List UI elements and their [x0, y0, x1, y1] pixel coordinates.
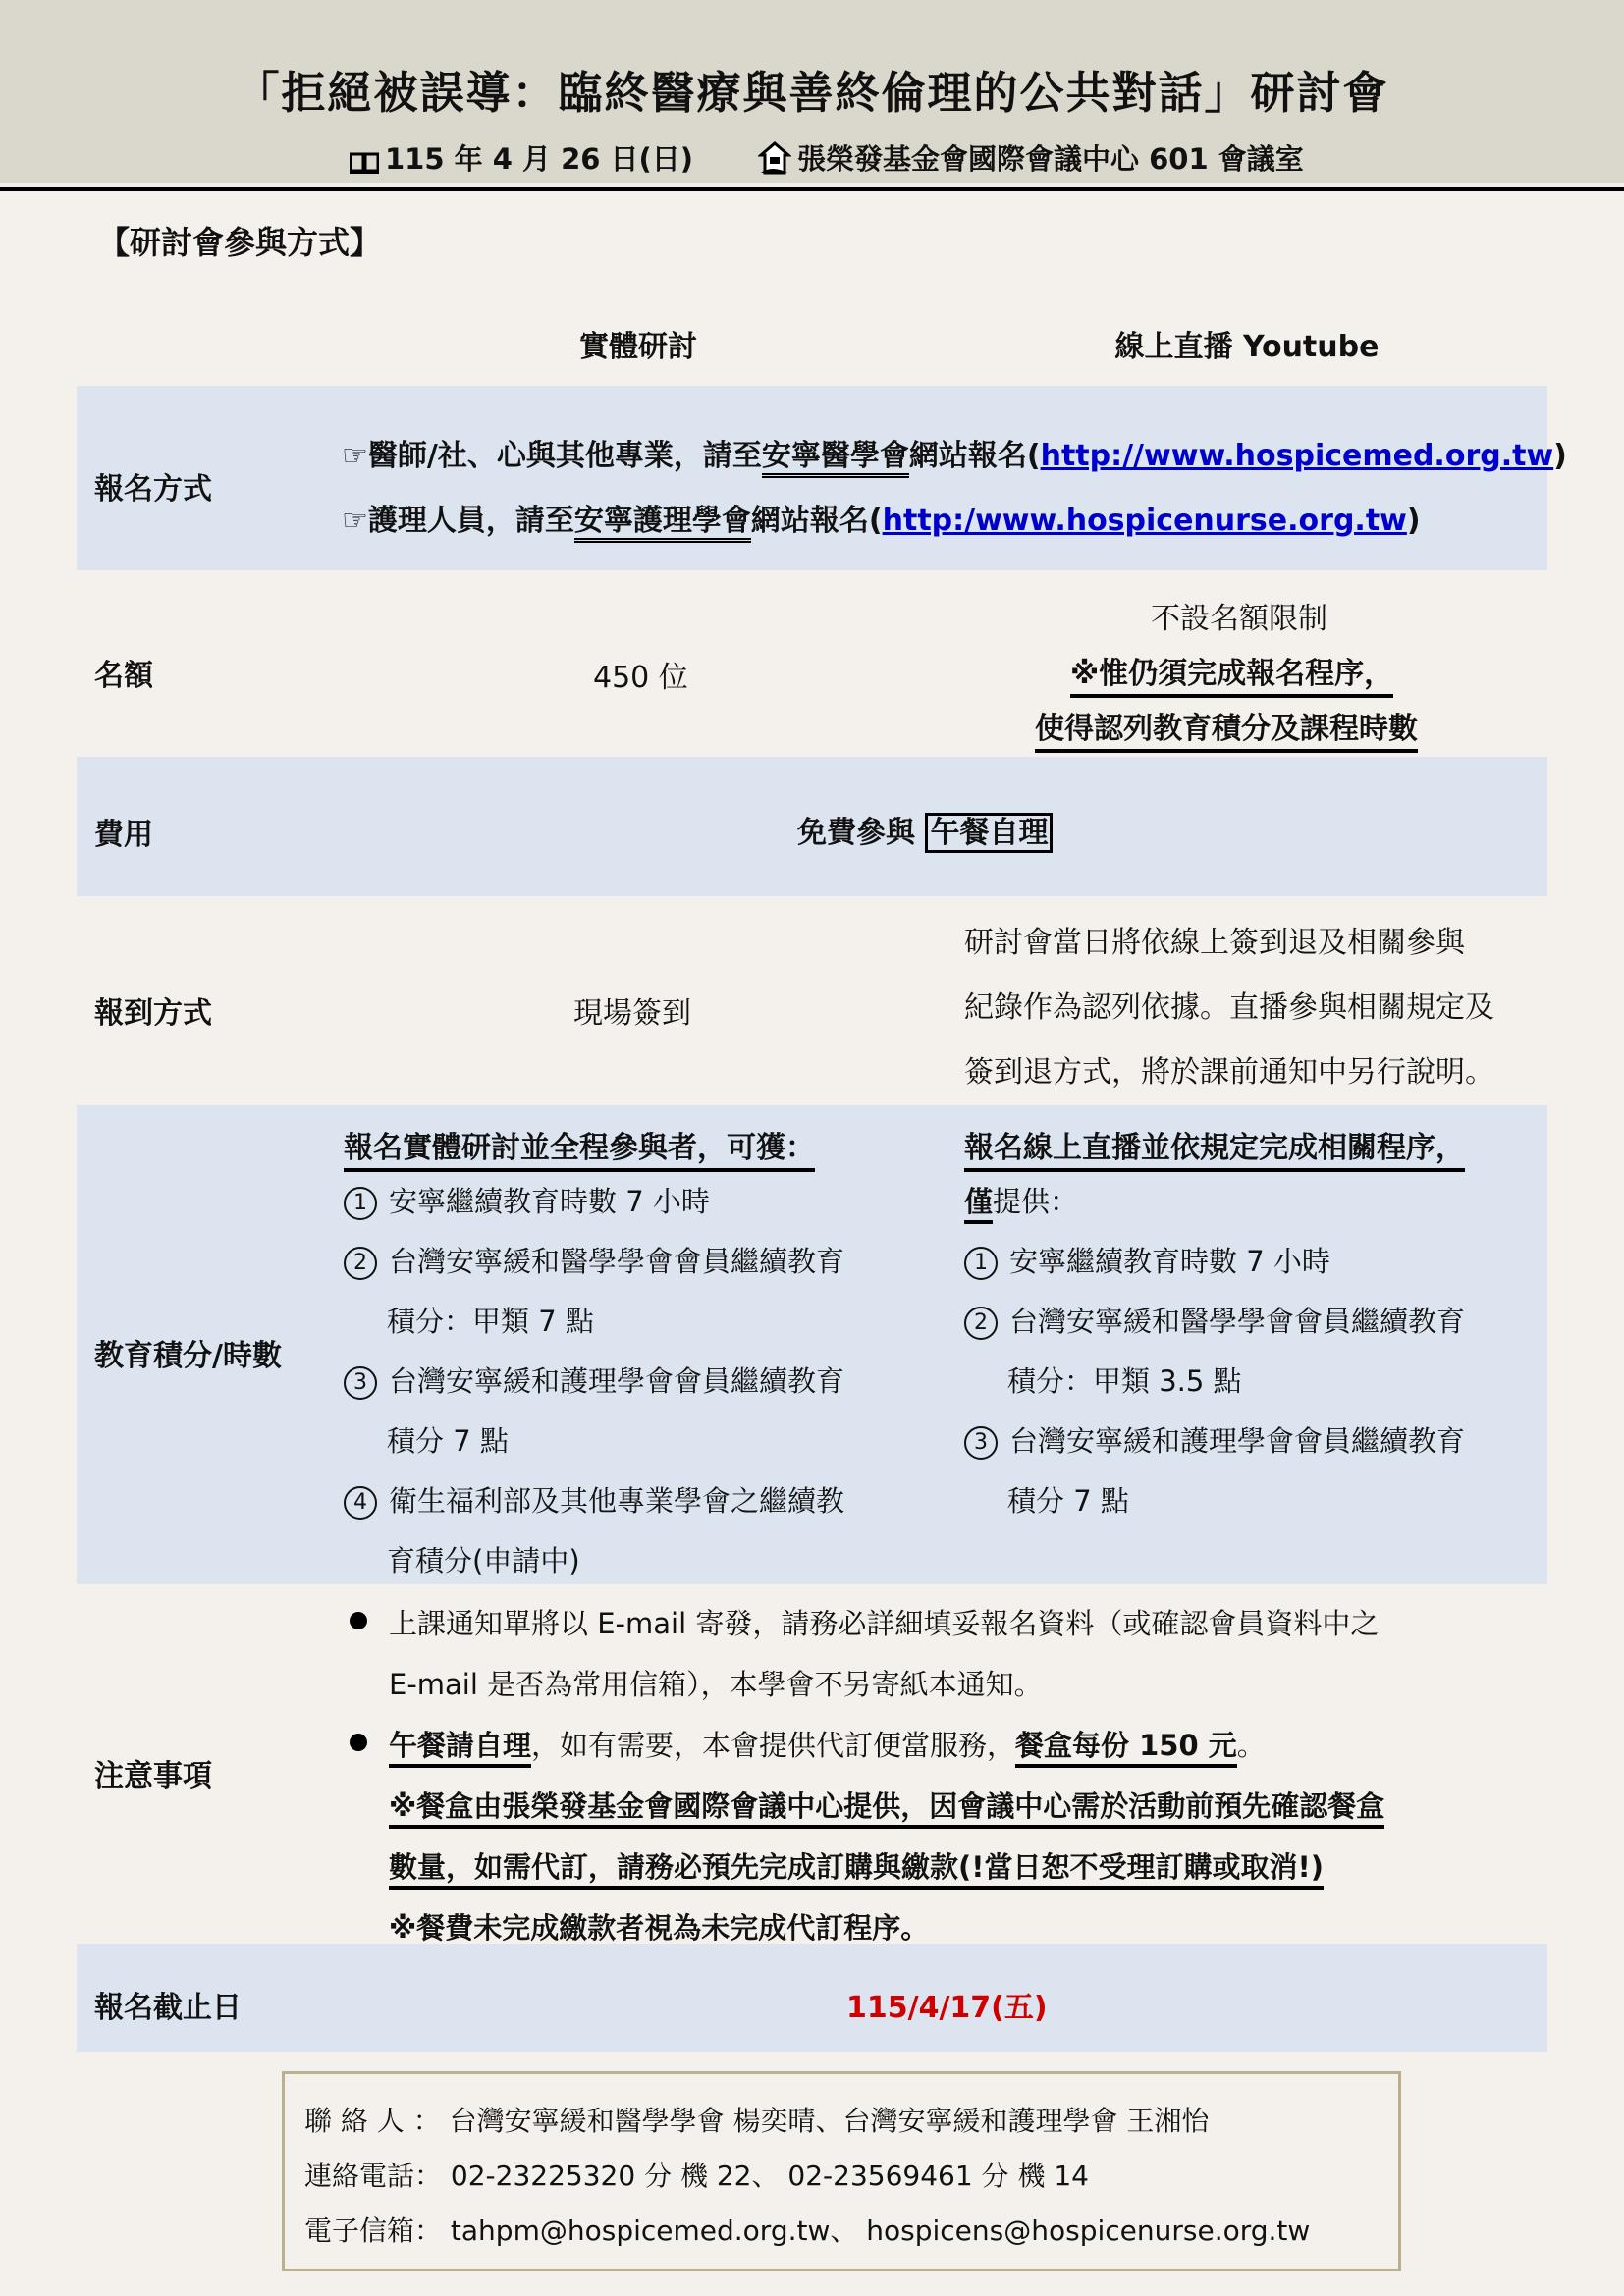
credit-item: 2台灣安寧緩和醫學學會會員繼續教育	[964, 1304, 1465, 1340]
credit-item: 1安寧繼續教育時數 7 小時	[964, 1244, 1330, 1280]
email-links[interactable]: tahpm@hospicemed.org.tw、 hospicens@hospi…	[451, 2215, 1310, 2247]
bullet-icon	[350, 1612, 367, 1629]
row-label: 名額	[94, 651, 153, 694]
note-lunch-detail: ※餐盒由張榮發基金會國際會議中心提供，因會議中心需於活動前預先確認餐盒	[389, 1789, 1384, 1824]
bullet-icon	[350, 1734, 367, 1751]
checkin-online-line: 研討會當日將依線上簽到退及相關參與	[964, 918, 1465, 961]
credits-online-heading: 報名線上直播並依規定完成相關程序，	[964, 1123, 1465, 1172]
note-email-cont: E-mail 是否為常用信箱），本學會不另寄紙本通知。	[389, 1667, 1043, 1702]
event-date-text: 115 年 4 月 26 日(日)	[385, 142, 693, 176]
row-credits: 教育積分/時數 報名實體研討並全程參與者，可獲： 1安寧繼續教育時數 7 小時 …	[77, 1105, 1547, 1584]
book-icon	[350, 148, 379, 182]
credit-item: 3台灣安寧緩和護理學會會員繼續教育	[964, 1423, 1465, 1460]
credit-item: 1安寧繼續教育時數 7 小時	[344, 1184, 710, 1220]
contact-person: 聯 絡 人 ： 台灣安寧緩和醫學學會 楊奕晴、台灣安寧緩和護理學會 王湘怡	[304, 2100, 1209, 2139]
credit-item-cont: 積分 7 點	[1007, 1483, 1129, 1519]
event-venue-text: 張榮發基金會國際會議中心 601 會議室	[797, 142, 1304, 176]
credit-item: 4衛生福利部及其他專業學會之繼續教	[344, 1483, 844, 1520]
column-header-online: 線上直播 Youtube	[1090, 322, 1404, 365]
contact-email: 電子信箱： tahpm@hospicemed.org.tw、 hospicens…	[304, 2210, 1310, 2249]
credit-item-cont: 積分：甲類 3.5 點	[1007, 1363, 1242, 1399]
event-venue: 張榮發基金會國際會議中心 601 會議室	[758, 137, 1304, 182]
note-lunch-detail: ※餐費未完成繳款者視為未完成代訂程序。	[389, 1910, 929, 1946]
lunch-note-boxed: 午餐自理	[925, 813, 1053, 853]
credit-item: 2台灣安寧緩和醫學學會會員繼續教育	[344, 1244, 844, 1280]
link-hospicemed[interactable]: http://www.hospicemed.org.tw	[1041, 439, 1554, 473]
page-title: 「拒絕被誤導：臨終醫療與善終倫理的公共對話」研討會	[0, 57, 1624, 121]
deadline-date: 115/4/17(五)	[846, 1983, 1048, 2026]
row-label: 報名方式	[94, 464, 212, 507]
org-name: 安寧醫學會	[762, 439, 909, 478]
row-label: 報名截止日	[94, 1983, 242, 2026]
credit-item-cont: 育積分(申請中)	[387, 1543, 580, 1578]
registration-line-nurses: ☞護理人員，請至安寧護理學會網站報名(http:/www.hospicenurs…	[342, 496, 1421, 539]
org-name: 安寧護理學會	[574, 504, 751, 543]
column-header-in-person: 實體研討	[550, 322, 727, 365]
checkin-in-person: 現場簽到	[573, 988, 691, 1032]
note-email: 上課通知單將以 E-mail 寄發，請務必詳細填妥報名資料（或確認會員資料中之	[350, 1606, 1379, 1641]
quota-online-line2: ※惟仍須完成報名程序，	[1070, 649, 1393, 698]
row-registration: 報名方式 ☞醫師/社、心與其他專業，請至安寧醫學會網站報名(http://www…	[77, 386, 1547, 570]
row-label: 費用	[94, 810, 153, 853]
row-checkin: 報到方式 現場簽到 研討會當日將依線上簽到退及相關參與 紀錄作為認列依據。直播參…	[77, 896, 1547, 1105]
pointing-hand-icon: ☞	[342, 504, 368, 538]
note-lunch: 午餐請自理，如有需要，本會提供代訂便當服務，餐盒每份 150 元。	[350, 1728, 1266, 1763]
row-deadline: 報名截止日 115/4/17(五)	[77, 1944, 1547, 2052]
pointing-hand-icon: ☞	[342, 439, 368, 473]
credit-item: 3台灣安寧緩和護理學會會員繼續教育	[344, 1363, 844, 1400]
section-title: 【研討會參與方式】	[98, 218, 381, 263]
link-hospicenurse[interactable]: http:/www.hospicenurse.org.tw	[883, 504, 1407, 538]
row-label: 報到方式	[94, 988, 212, 1032]
contact-box: 聯 絡 人 ： 台灣安寧緩和醫學學會 楊奕晴、台灣安寧緩和護理學會 王湘怡 連絡…	[282, 2071, 1401, 2271]
row-fee: 費用 免費參與 午餐自理	[77, 757, 1547, 896]
credit-item-cont: 積分 7 點	[387, 1423, 509, 1459]
credits-in-person-heading: 報名實體研討並全程參與者，可獲：	[344, 1123, 815, 1172]
header-divider	[0, 187, 1624, 191]
credit-item-cont: 積分：甲類 7 點	[387, 1304, 594, 1339]
quota-in-person: 450 位	[593, 653, 688, 696]
note-lunch-detail: 數量，如需代訂，請務必預先完成訂購與繳款(!當日恕不受理訂購或取消!)	[389, 1849, 1324, 1885]
contact-phone: 連絡電話： 02-23225320 分 機 22、 02-23569461 分 …	[304, 2155, 1089, 2194]
checkin-online-line: 紀錄作為認列依據。直播參與相關規定及	[964, 983, 1494, 1026]
house-icon	[758, 141, 791, 182]
credits-online-heading2: 僅提供：	[964, 1184, 1078, 1219]
row-quota: 名額 450 位 不設名額限制 ※惟仍須完成報名程序， 使得認列教育積分及課程時…	[77, 570, 1547, 757]
row-notes: 注意事項 上課通知單將以 E-mail 寄發，請務必詳細填妥報名資料（或確認會員…	[77, 1584, 1547, 1944]
quota-online-line1: 不設名額限制	[1151, 594, 1327, 637]
event-date: 115 年 4 月 26 日(日)	[350, 137, 693, 182]
registration-line-doctors: ☞醫師/社、心與其他專業，請至安寧醫學會網站報名(http://www.hosp…	[342, 431, 1567, 474]
checkin-online-line: 簽到退方式，將於課前通知中另行說明。	[964, 1047, 1494, 1091]
quota-online-line3: 使得認列教育積分及課程時數	[1035, 704, 1418, 753]
fee-value: 免費參與 午餐自理	[797, 808, 1053, 851]
row-label: 教育積分/時數	[94, 1331, 282, 1374]
row-label: 注意事項	[94, 1751, 212, 1794]
